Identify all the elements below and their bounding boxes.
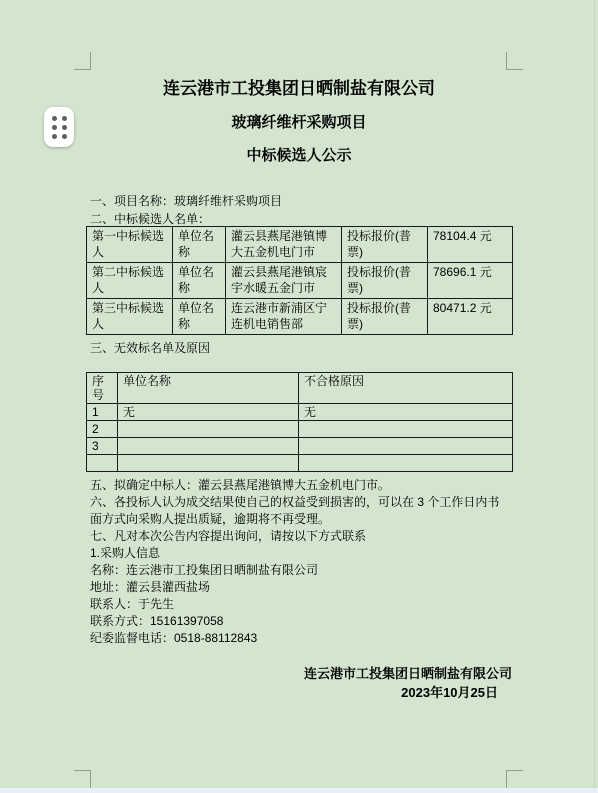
contact-supervision-phone: 纪委监督电话：0518-88112843 (90, 630, 510, 647)
table-cell: 单位名称 (173, 227, 226, 263)
contact-address: 地址：灌云县灌西盐场 (90, 579, 510, 596)
document-title-notice: 中标候选人公示 (86, 144, 512, 165)
crop-mark-bottom-right (506, 770, 523, 788)
table-cell: 灌云县燕尾港镇博大五金机电门市 (226, 227, 342, 263)
table-cell (118, 438, 299, 455)
table-row: 2 (87, 421, 513, 438)
table-cell: 无 (118, 404, 299, 421)
table-cell: 80471.2 元 (428, 299, 513, 335)
table-header-row: 序号 单位名称 不合格原因 (87, 373, 513, 404)
table-cell (299, 421, 513, 438)
table-cell: 投标报价(普票) (342, 227, 428, 263)
table-cell (299, 438, 513, 455)
grip-dots-icon (52, 116, 67, 139)
signature-company: 连云港市工投集团日晒制盐有限公司 (86, 663, 512, 682)
table-cell: 1 (87, 404, 118, 421)
table-cell: 78696.1 元 (428, 263, 513, 299)
table-cell: 78104.4 元 (428, 227, 513, 263)
table-row: 1 无 无 (87, 404, 513, 421)
document-page: 连云港市工投集团日晒制盐有限公司 玻璃纤维杆采购项目 中标候选人公示 一、项目名… (0, 0, 598, 793)
table-header-cell: 单位名称 (118, 373, 299, 404)
table-cell: 连云港市新浦区宁连机电销售部 (226, 299, 342, 335)
crop-mark-bottom-left (74, 770, 91, 788)
page-edge-line (594, 0, 595, 788)
table-cell: 单位名称 (173, 263, 226, 299)
document-title-project: 玻璃纤维杆采购项目 (86, 111, 512, 132)
crop-mark-top-right (506, 52, 523, 70)
table-header-cell: 序号 (87, 373, 118, 404)
crop-mark-top-left (74, 52, 91, 70)
contact-name: 名称：连云港市工投集团日晒制盐有限公司 (90, 562, 510, 579)
table-header-cell: 不合格原因 (299, 373, 513, 404)
table-cell: 单位名称 (173, 299, 226, 335)
table-cell (118, 421, 299, 438)
table-cell: 第二中标候选人 (87, 263, 173, 299)
table-cell: 投标报价(普票) (342, 263, 428, 299)
section-objection-notice: 六、各投标人认为成交结果使自己的权益受到损害的，可以在 3 个工作日内书面方式向… (90, 494, 510, 528)
table-row: 3 (87, 438, 513, 455)
section-invalid-bids: 三、无效标名单及原因 (90, 340, 508, 357)
signature-date: 2023年10月25日 (86, 682, 512, 701)
table-row: 第一中标候选人 单位名称 灌云县燕尾港镇博大五金机电门市 投标报价(普票) 78… (87, 227, 513, 263)
window-bottom-strip (0, 788, 598, 793)
drag-handle-button[interactable] (44, 107, 74, 147)
table-cell (118, 455, 299, 472)
contact-person: 联系人：于先生 (90, 596, 510, 613)
table-cell (299, 455, 513, 472)
table-row: 第二中标候选人 单位名称 灌云县燕尾港镇宸宇水暖五金门市 投标报价(普票) 78… (87, 263, 513, 299)
contact-phone: 联系方式：15161397058 (90, 613, 510, 630)
table-cell: 灌云县燕尾港镇宸宇水暖五金门市 (226, 263, 342, 299)
table-row (87, 455, 513, 472)
table-cell: 投标报价(普票) (342, 299, 428, 335)
candidates-table: 第一中标候选人 单位名称 灌云县燕尾港镇博大五金机电门市 投标报价(普票) 78… (86, 226, 513, 335)
section-proposed-winner: 五、拟确定中标人：灌云县燕尾港镇博大五金机电门市。 (90, 477, 510, 494)
section-contact-notice: 七、凡对本次公告内容提出询问，请按以下方式联系 (90, 528, 510, 545)
notice-paragraphs: 五、拟确定中标人：灌云县燕尾港镇博大五金机电门市。 六、各投标人认为成交结果使自… (90, 477, 510, 647)
table-cell: 2 (87, 421, 118, 438)
invalid-bids-table: 序号 单位名称 不合格原因 1 无 无 2 3 (86, 372, 513, 472)
table-row: 第三中标候选人 单位名称 连云港市新浦区宁连机电销售部 投标报价(普票) 804… (87, 299, 513, 335)
table-cell: 3 (87, 438, 118, 455)
table-cell: 第一中标候选人 (87, 227, 173, 263)
section-purchaser-info: 1.采购人信息 (90, 545, 510, 562)
document-title-company: 连云港市工投集团日晒制盐有限公司 (86, 74, 512, 99)
table-cell (87, 455, 118, 472)
section-project-name: 一、项目名称：玻璃纤维杆采购项目 (90, 193, 508, 210)
table-cell: 无 (299, 404, 513, 421)
table-cell: 第三中标候选人 (87, 299, 173, 335)
